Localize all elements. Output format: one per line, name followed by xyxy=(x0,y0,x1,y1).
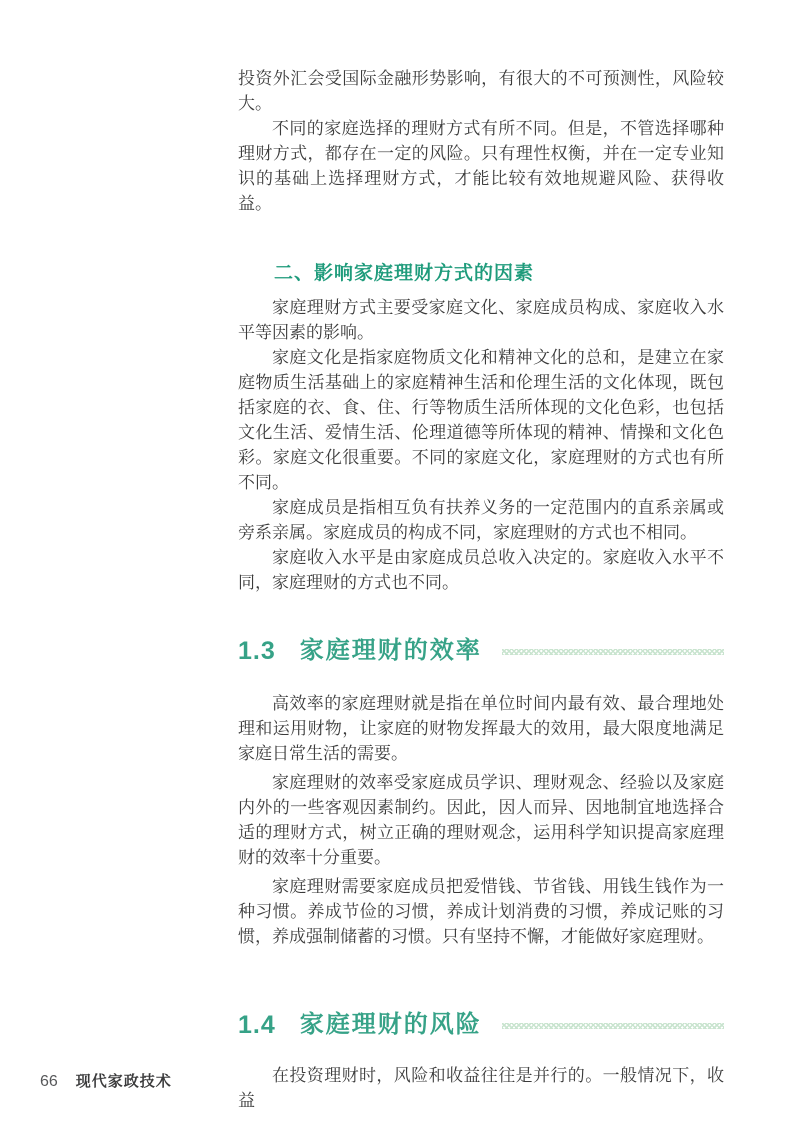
book-title: 现代家政技术 xyxy=(76,1070,172,1091)
subsection-heading: 二、影响家庭理财方式的因素 xyxy=(274,261,724,287)
section-heading-1-4: 1.4 家庭理财的风险 xyxy=(238,1009,724,1041)
subsection-paragraph-4: 家庭收入水平是由家庭成员总收入决定的。家庭收入水平不同，家庭理财的方式也不同。 xyxy=(238,545,724,595)
section-rule-decoration xyxy=(502,649,724,655)
section-title: 家庭理财的效率 xyxy=(300,635,482,667)
book-page: 投资外汇会受国际金融形势影响，有很大的不可预测性，风险较大。 不同的家庭选择的理… xyxy=(0,0,793,1122)
section-1-3-paragraph-3: 家庭理财需要家庭成员把爱惜钱、节省钱、用钱生钱作为一种习惯。养成节俭的习惯，养成… xyxy=(238,874,724,949)
section-1-3-paragraph-2: 家庭理财的效率受家庭成员学识、理财观念、经验以及家庭内外的一些客观因素制约。因此… xyxy=(238,770,724,870)
intro-paragraph-continuation: 投资外汇会受国际金融形势影响，有很大的不可预测性，风险较大。 xyxy=(238,66,724,116)
page-footer: 66 现代家政技术 xyxy=(40,1070,172,1091)
section-1-3-paragraph-1: 高效率的家庭理财就是指在单位时间内最有效、最合理地处理和运用财物，让家庭的财物发… xyxy=(238,691,724,766)
section-number: 1.3 xyxy=(238,635,276,667)
section-1-4-paragraph-1: 在投资理财时，风险和收益往往是并行的。一般情况下，收益 xyxy=(238,1063,724,1113)
intro-paragraph: 不同的家庭选择的理财方式有所不同。但是，不管选择哪种理财方式，都存在一定的风险。… xyxy=(238,116,724,216)
subsection-paragraph-1: 家庭理财方式主要受家庭文化、家庭成员构成、家庭收入水平等因素的影响。 xyxy=(238,295,724,345)
section-title: 家庭理财的风险 xyxy=(300,1009,482,1041)
subsection-paragraph-3: 家庭成员是指相互负有扶养义务的一定范围内的直系亲属或旁系亲属。家庭成员的构成不同… xyxy=(238,495,724,545)
page-number: 66 xyxy=(40,1073,58,1091)
section-heading-1-3: 1.3 家庭理财的效率 xyxy=(238,635,724,667)
section-number: 1.4 xyxy=(238,1009,276,1041)
subsection-paragraph-2: 家庭文化是指家庭物质文化和精神文化的总和，是建立在家庭物质生活基础上的家庭精神生… xyxy=(238,345,724,495)
section-rule-decoration xyxy=(502,1023,724,1029)
main-text-column: 投资外汇会受国际金融形势影响，有很大的不可预测性，风险较大。 不同的家庭选择的理… xyxy=(238,0,724,1113)
